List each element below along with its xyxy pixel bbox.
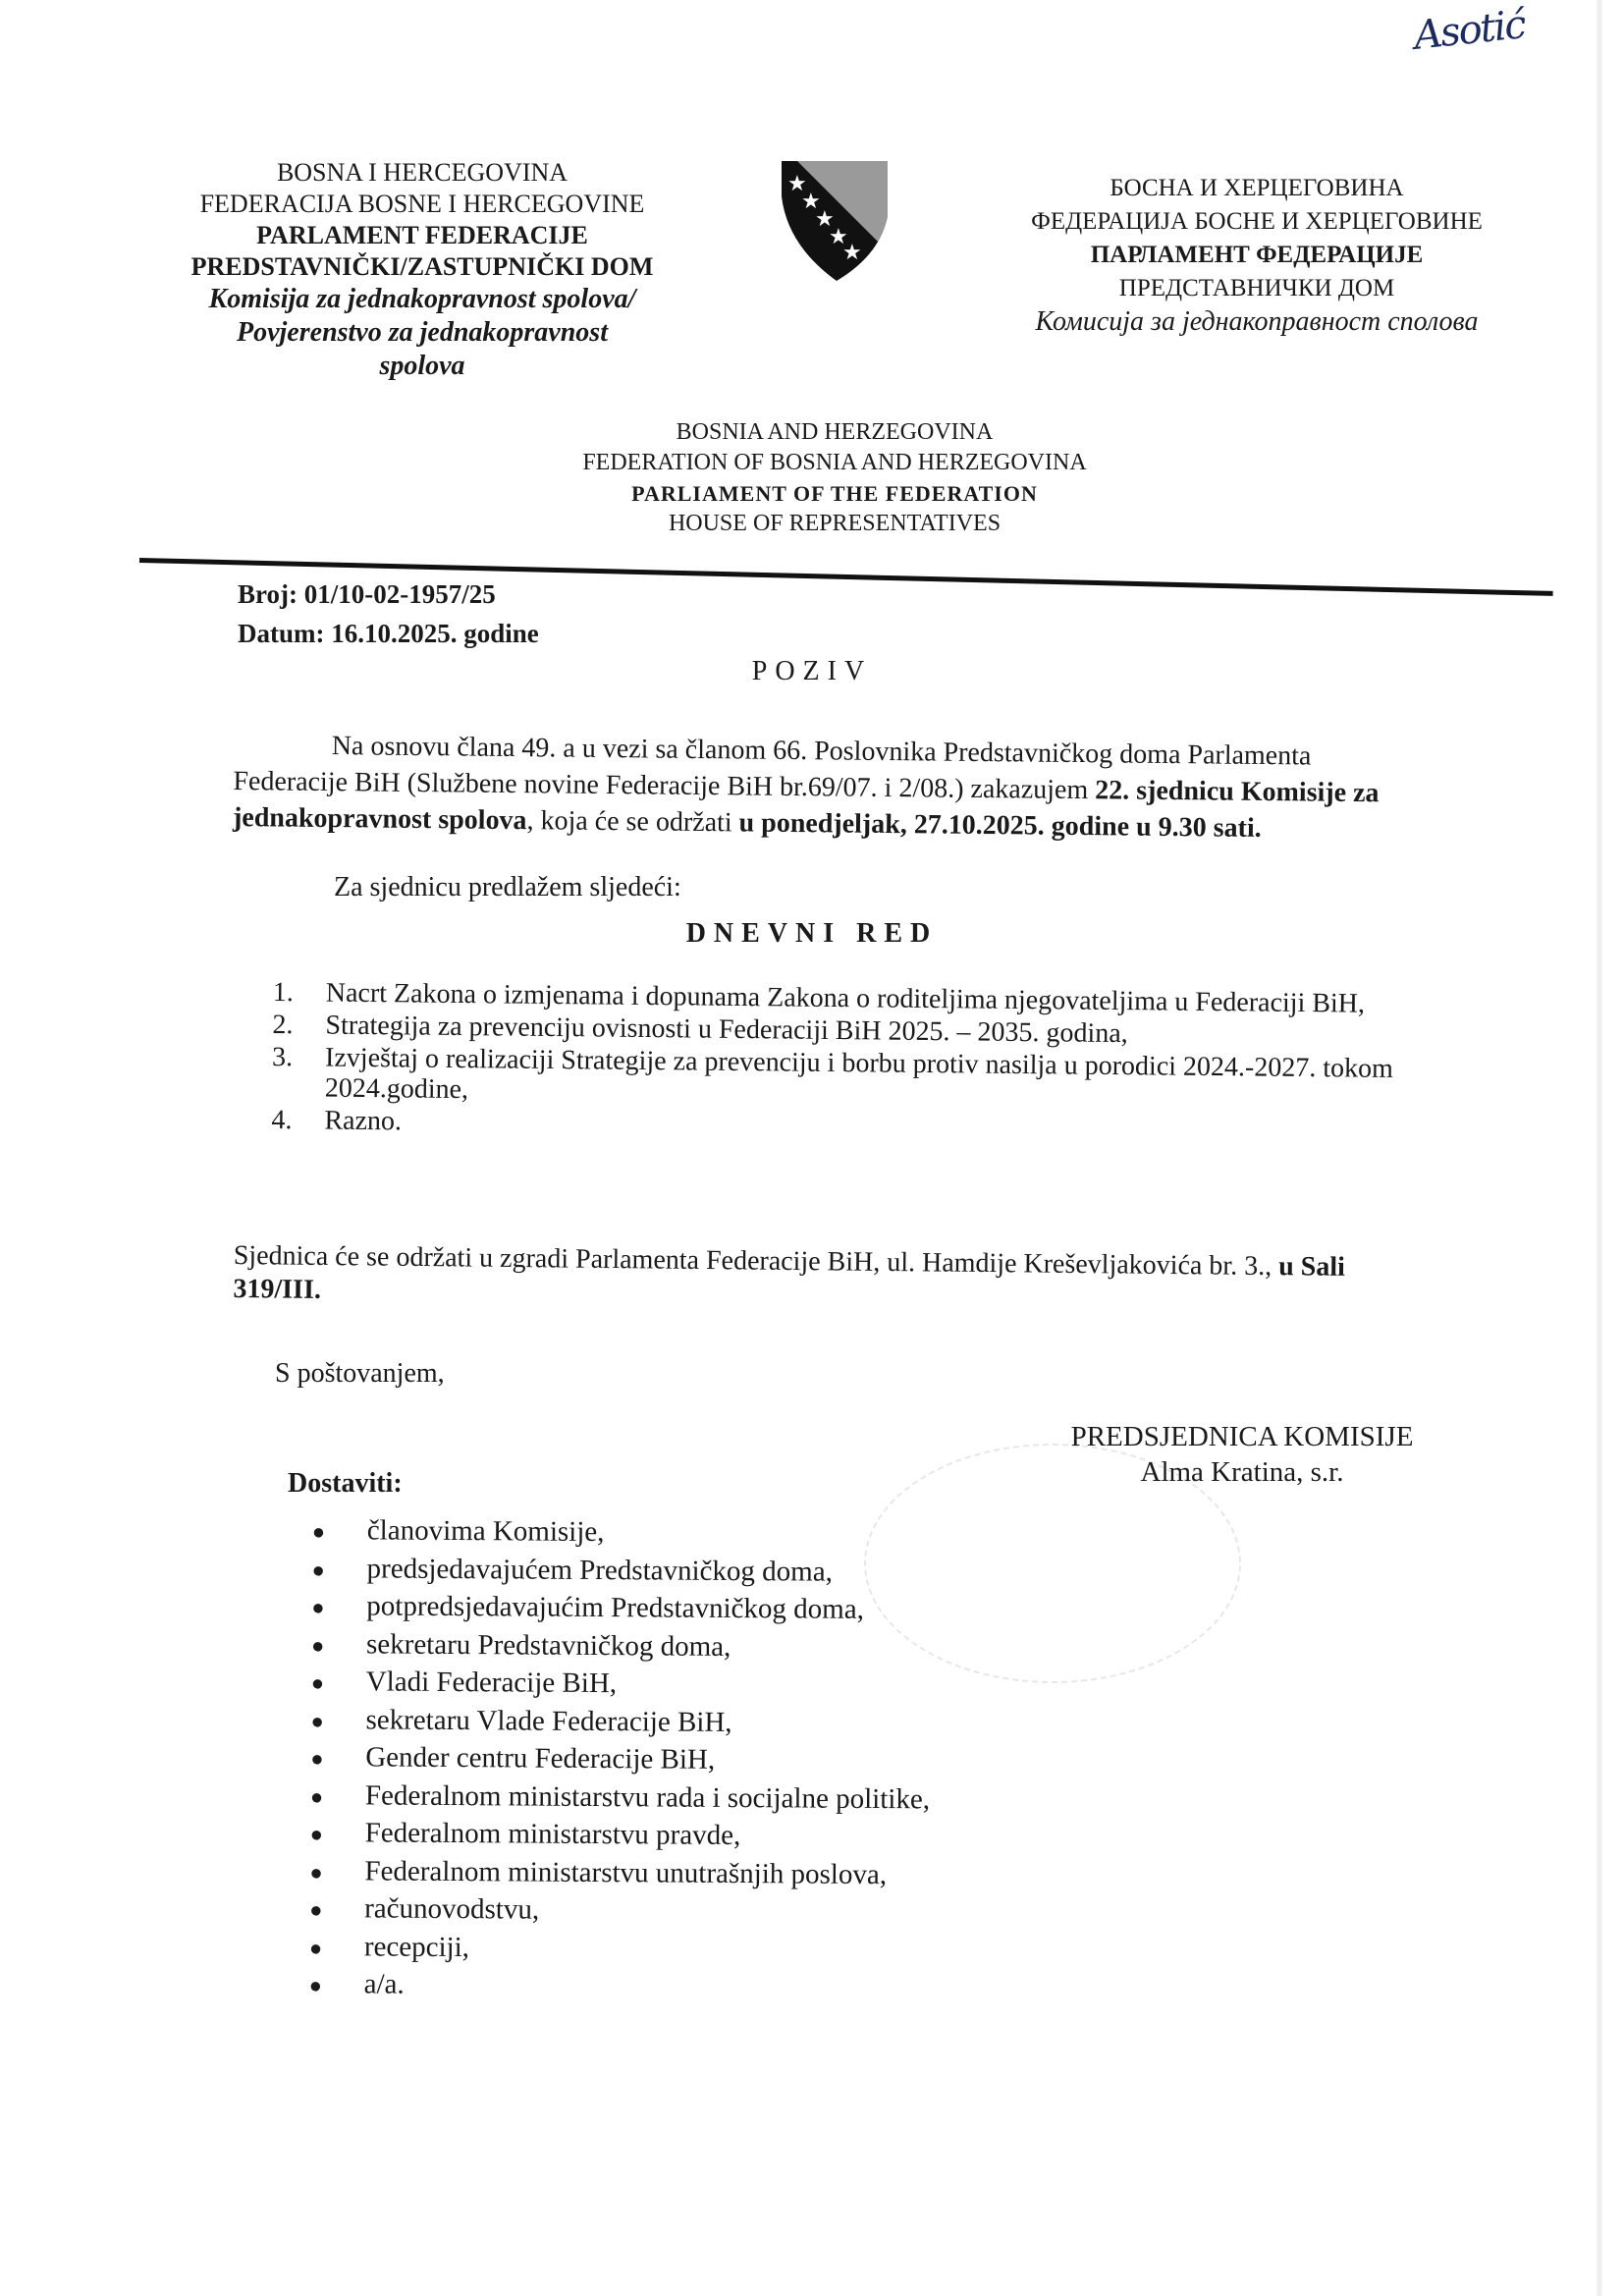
distribution-item-text: računovodstvu, — [364, 1890, 539, 1929]
svg-text:★: ★ — [842, 241, 862, 265]
distribution-item-text: Federalnom ministarstvu pravde, — [365, 1815, 741, 1854]
bullet-icon: ● — [309, 1967, 364, 2004]
bullet-icon: ● — [312, 1513, 367, 1551]
agenda-item-number: 4. — [271, 1105, 324, 1136]
distribution-item-text: Vladi Federacije BiH, — [366, 1664, 618, 1702]
reference-number: Broj: 01/10-02-1957/25 — [238, 574, 539, 614]
distribution-list: ●članovima Komisije, ●predsjedavajućem P… — [309, 1512, 1019, 2009]
distribution-item-text: članovima Komisije, — [367, 1512, 605, 1551]
document-title: POZIV — [0, 656, 1624, 687]
propose-text: Za sjednicu predlažem sljedeći: — [334, 872, 681, 903]
scan-edge — [1597, 0, 1602, 2296]
header-commission-alt: Povjerenstvo za jednakopravnost — [147, 316, 697, 350]
header-english: BOSNIA AND HERZEGOVINA FEDERATION OF BOS… — [481, 417, 1188, 539]
handwritten-note: Asotić — [1412, 2, 1527, 59]
session-location: Sjednica će se održati u zgradi Parlamen… — [233, 1239, 1432, 1319]
agenda-item-text: Razno. — [324, 1106, 402, 1137]
header-federation: FEDERACIJA BOSNE I HERCEGOVINE — [147, 189, 697, 220]
intro-text-2: , koja će se održati — [526, 805, 738, 838]
agenda-list: 1. Nacrt Zakona o izmjenama i dopunama Z… — [271, 977, 1402, 1149]
distribution-item: ●predsjedavajućem Predstavničkog doma, — [311, 1550, 1018, 1593]
bullet-icon: ● — [311, 1626, 366, 1664]
distribution-item: ●članovima Komisije, — [312, 1512, 1019, 1556]
header-left-latin: BOSNA I HERCEGOVINA FEDERACIJA BOSNE I H… — [147, 157, 697, 383]
agenda-item-number: 1. — [273, 977, 326, 1009]
distribution-item-text: a/a. — [364, 1966, 405, 2003]
distribution-title: Dostaviti: — [288, 1468, 403, 1500]
bullet-icon: ● — [309, 1891, 364, 1929]
distribution-item-text: sekretaru Vlade Federacije BiH, — [365, 1702, 731, 1741]
header-house-en: HOUSE OF REPRESENTATIVES — [481, 509, 1188, 539]
distribution-item: ●sekretaru Predstavničkog doma, — [311, 1625, 1018, 1668]
distribution-item: ●Federalnom ministarstvu pravde, — [310, 1815, 1017, 1858]
bullet-icon: ● — [311, 1589, 366, 1626]
bullet-icon: ● — [309, 1929, 364, 1966]
distribution-item: ●a/a. — [309, 1966, 1016, 2009]
agenda-item-number: 2. — [272, 1010, 325, 1041]
header-country: BOSNA I HERCEGOVINA — [147, 157, 697, 189]
intro-datetime: u ponedjeljak, 27.10.2025. godine u 9.30… — [738, 807, 1261, 844]
header-country-en: BOSNIA AND HERZEGOVINA — [481, 417, 1188, 448]
distribution-item: ●Federalnom ministarstvu rada i socijaln… — [310, 1777, 1017, 1820]
distribution-item-text: Gender centru Federacije BiH, — [365, 1739, 715, 1778]
distribution-item-text: sekretaru Predstavničkog doma, — [366, 1626, 731, 1666]
header-commission: Komisija za jednakopravnost spolova/ — [147, 283, 697, 316]
distribution-item: ●Federalnom ministarstvu unutrašnjih pos… — [309, 1852, 1016, 1895]
distribution-item: ●recepciji, — [309, 1928, 1016, 1971]
header-commission-cyrillic: Комисија за једнакоправност сполова — [972, 305, 1542, 339]
bullet-icon: ● — [310, 1777, 365, 1815]
distribution-item-text: Federalnom ministarstvu rada i socijalne… — [365, 1777, 930, 1819]
coat-of-arms-icon: ★ ★ ★ ★ ★ — [778, 157, 892, 283]
header-house-cyrillic: ПРЕДСТАВНИЧКИ ДОМ — [972, 272, 1542, 305]
distribution-item: ●potpredsjedavajućim Predstavničkog doma… — [311, 1588, 1018, 1631]
distribution-item-text: predsjedavajućem Predstavničkog doma, — [366, 1551, 833, 1591]
header-commission-alt-cont: spolova — [147, 350, 697, 383]
header-parliament-en: PARLIAMENT OF THE FEDERATION — [481, 478, 1188, 509]
header-right-cyrillic: БОСНА И ХЕРЦЕГОВИНА ФЕДЕРАЦИЈА БОСНЕ И Х… — [972, 172, 1542, 339]
header-parliament: PARLAMENT FEDERACIJE — [147, 220, 697, 251]
bullet-icon: ● — [310, 1816, 365, 1853]
bullet-icon: ● — [309, 1853, 364, 1890]
agenda-item-text: Izvještaj o realizaciji Strategije za pr… — [325, 1043, 1402, 1115]
header-federation-en: FEDERATION OF BOSNIA AND HERZEGOVINA — [481, 448, 1188, 478]
distribution-item: ●Vladi Federacije BiH, — [311, 1664, 1018, 1707]
distribution-item-text: recepciji, — [364, 1929, 469, 1966]
header-country-cyrillic: БОСНА И ХЕРЦЕГОВИНА — [972, 172, 1542, 205]
distribution-item-text: Federalnom ministarstvu unutrašnjih posl… — [364, 1853, 887, 1893]
intro-paragraph: Na osnovu člana 49. a u vezi sa članom 6… — [233, 727, 1392, 847]
agenda-title: DNEVNI RED — [0, 918, 1624, 950]
agenda-item: 3. Izvještaj o realizaciji Strategije za… — [272, 1042, 1402, 1115]
bullet-icon: ● — [311, 1551, 366, 1588]
header-parliament-cyrillic: ПАРЛАМЕНТ ФЕДЕРАЦИЈЕ — [972, 239, 1542, 272]
signature-title: PREDSJEDNICA KOMISIJE — [1041, 1419, 1443, 1454]
signature-block: PREDSJEDNICA KOMISIJE Alma Kratina, s.r. — [1041, 1419, 1443, 1490]
agenda-item-number: 3. — [272, 1042, 326, 1104]
bullet-icon: ● — [310, 1740, 365, 1777]
distribution-item: ●Gender centru Federacije BiH, — [310, 1739, 1017, 1782]
distribution-item: ●sekretaru Vlade Federacije BiH, — [310, 1701, 1017, 1744]
reference-date: Datum: 16.10.2025. godine — [238, 614, 539, 653]
distribution-item-text: potpredsjedavajućim Predstavničkog doma, — [366, 1588, 864, 1628]
bullet-icon: ● — [310, 1702, 365, 1739]
document-reference: Broj: 01/10-02-1957/25 Datum: 16.10.2025… — [238, 574, 539, 653]
closing-salutation: S poštovanjem, — [275, 1358, 445, 1390]
location-text: Sjednica će se održati u zgradi Parlamen… — [234, 1240, 1279, 1282]
distribution-item: ●računovodstvu, — [309, 1890, 1016, 1934]
signature-name: Alma Kratina, s.r. — [1041, 1454, 1443, 1490]
header-house: PREDSTAVNIČKI/ZASTUPNIČKI DOM — [147, 251, 697, 283]
header-federation-cyrillic: ФЕДЕРАЦИЈА БОСНЕ И ХЕРЦЕГОВИНЕ — [972, 205, 1542, 239]
bullet-icon: ● — [311, 1665, 366, 1702]
